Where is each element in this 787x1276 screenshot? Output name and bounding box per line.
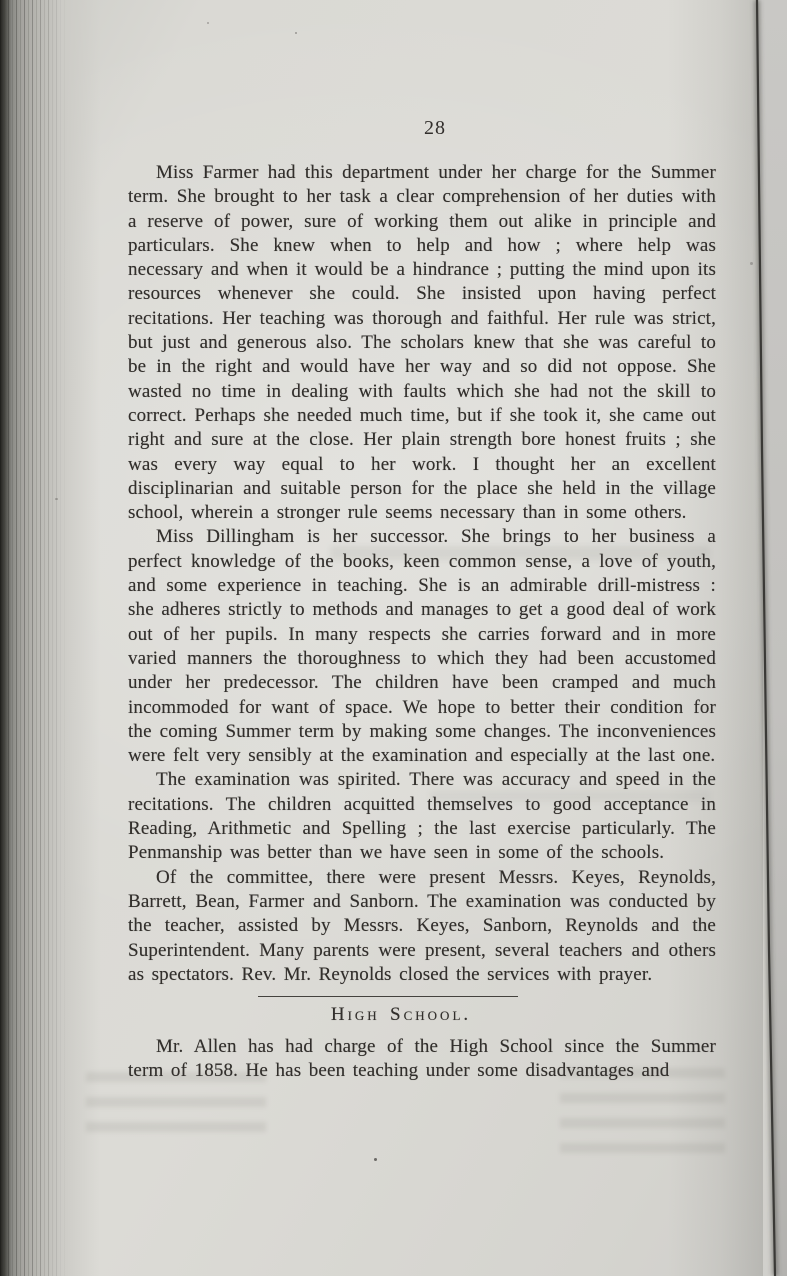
- text-block: Miss Farmer had this department under he…: [128, 161, 716, 1084]
- paragraph-miss-dillingham: Miss Dillingham is her successor. She br…: [128, 525, 716, 768]
- dust-speck: [295, 32, 297, 34]
- ink-speck: [374, 1158, 377, 1161]
- scanned-page: 28 Miss Farmer had this department under…: [0, 0, 787, 1276]
- paragraph-miss-farmer: Miss Farmer had this department under he…: [128, 161, 716, 525]
- paragraph-committee: Of the committee, there were present Mes…: [128, 866, 716, 987]
- page-number: 28: [128, 117, 716, 140]
- dust-speck: [207, 22, 209, 24]
- section-divider-rule: [258, 996, 518, 997]
- paragraph-examination: The examination was spirited. There was …: [128, 768, 716, 865]
- paragraph-mr-allen: Mr. Allen has had charge of the High Sch…: [128, 1035, 716, 1084]
- dust-speck: [55, 498, 58, 500]
- section-heading: High School.: [128, 1002, 716, 1028]
- dust-speck: [750, 262, 753, 265]
